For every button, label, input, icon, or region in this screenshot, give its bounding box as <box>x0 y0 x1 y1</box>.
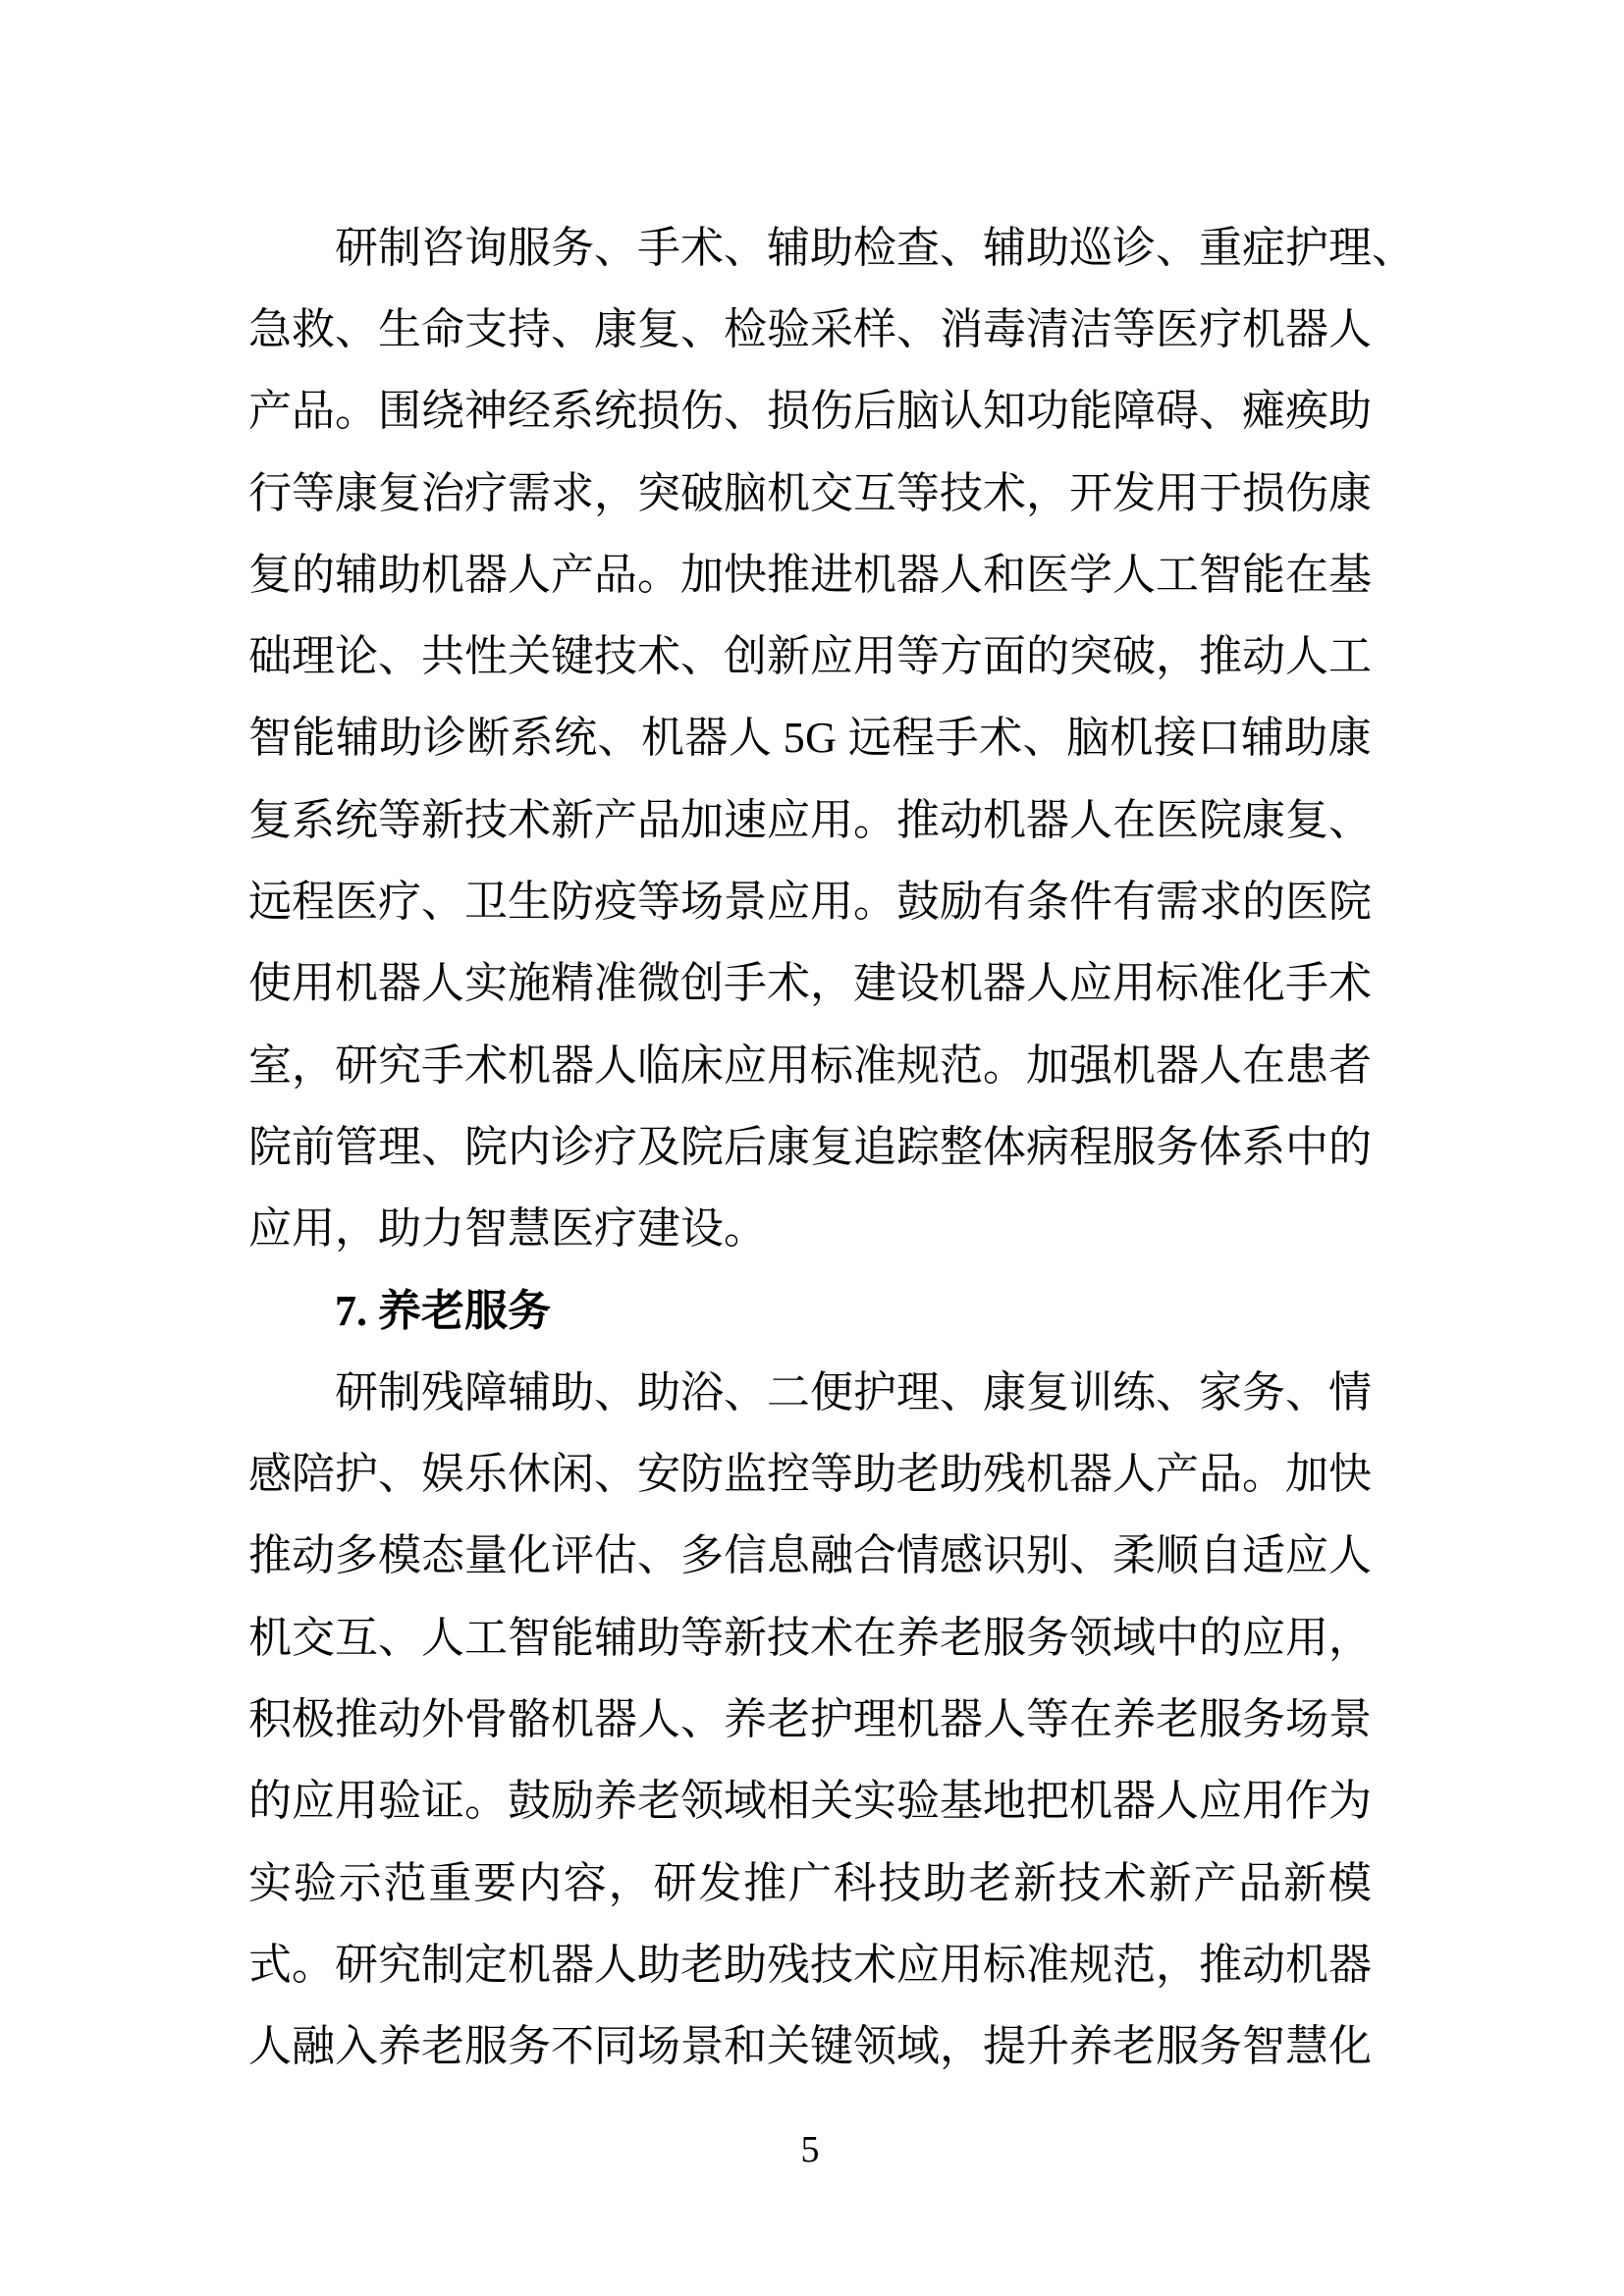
text-line: 应用，助力智慧医疗建设。 <box>248 1189 1372 1270</box>
text-line: 使用机器人实施精准微创手术，建设机器人应用标准化手术 <box>248 943 1372 1025</box>
text-line: 的应用验证。鼓励养老领域相关实验基地把机器人应用作为 <box>248 1761 1372 1842</box>
text-line: 行等康复治疗需求，突破脑机交互等技术，开发用于损伤康 <box>248 453 1372 534</box>
text-line: 智能辅助诊断系统、机器人 5G 远程手术、脑机接口辅助康 <box>248 698 1372 779</box>
text-line: 实验示范重要内容，研发推广科技助老新技术新产品新模 <box>248 1842 1372 1924</box>
text-line: 室，研究手术机器人临床应用标准规范。加强机器人在患者 <box>248 1025 1372 1106</box>
text-line: 远程医疗、卫生防疫等场景应用。鼓励有条件有需求的医院 <box>248 861 1372 942</box>
text-line: 积极推动外骨骼机器人、养老护理机器人等在养老服务场景 <box>248 1679 1372 1760</box>
text-line: 感陪护、娱乐休闲、安防监控等助老助残机器人产品。加快 <box>248 1433 1372 1515</box>
text-line: 院前管理、院内诊疗及院后康复追踪整体病程服务体系中的 <box>248 1106 1372 1188</box>
text-line: 式。研究制定机器人助老助残技术应用标准规范，推动机器 <box>248 1924 1372 2005</box>
text-line: 础理论、共性关键技术、创新应用等方面的突破，推动人工 <box>248 615 1372 697</box>
text-line: 推动多模态量化评估、多信息融合情感识别、柔顺自适应人 <box>248 1516 1372 1597</box>
section-heading: 7. 养老服务 <box>248 1270 1372 1352</box>
text-line: 机交互、人工智能辅助等新技术在养老服务领域中的应用， <box>248 1597 1372 1679</box>
document-page: 研制咨询服务、手术、辅助检查、辅助巡诊、重症护理、急救、生命支持、康复、检验采样… <box>0 0 1624 2296</box>
text-line: 人融入养老服务不同场景和关键领域，提升养老服务智慧化 <box>248 2006 1372 2088</box>
page-number: 5 <box>248 2126 1372 2173</box>
text-line: 复的辅助机器人产品。加快推进机器人和医学人工智能在基 <box>248 534 1372 615</box>
text-line: 急救、生命支持、康复、检验采样、消毒清洁等医疗机器人 <box>248 289 1372 370</box>
text-line: 研制残障辅助、助浴、二便护理、康复训练、家务、情 <box>248 1352 1372 1433</box>
text-line: 产品。围绕神经系统损伤、损伤后脑认知功能障碍、瘫痪助 <box>248 371 1372 453</box>
text-line: 复系统等新技术新产品加速应用。推动机器人在医院康复、 <box>248 779 1372 861</box>
document-body: 研制咨询服务、手术、辅助检查、辅助巡诊、重症护理、急救、生命支持、康复、检验采样… <box>248 207 1372 2088</box>
text-line: 研制咨询服务、手术、辅助检查、辅助巡诊、重症护理、 <box>248 207 1372 289</box>
